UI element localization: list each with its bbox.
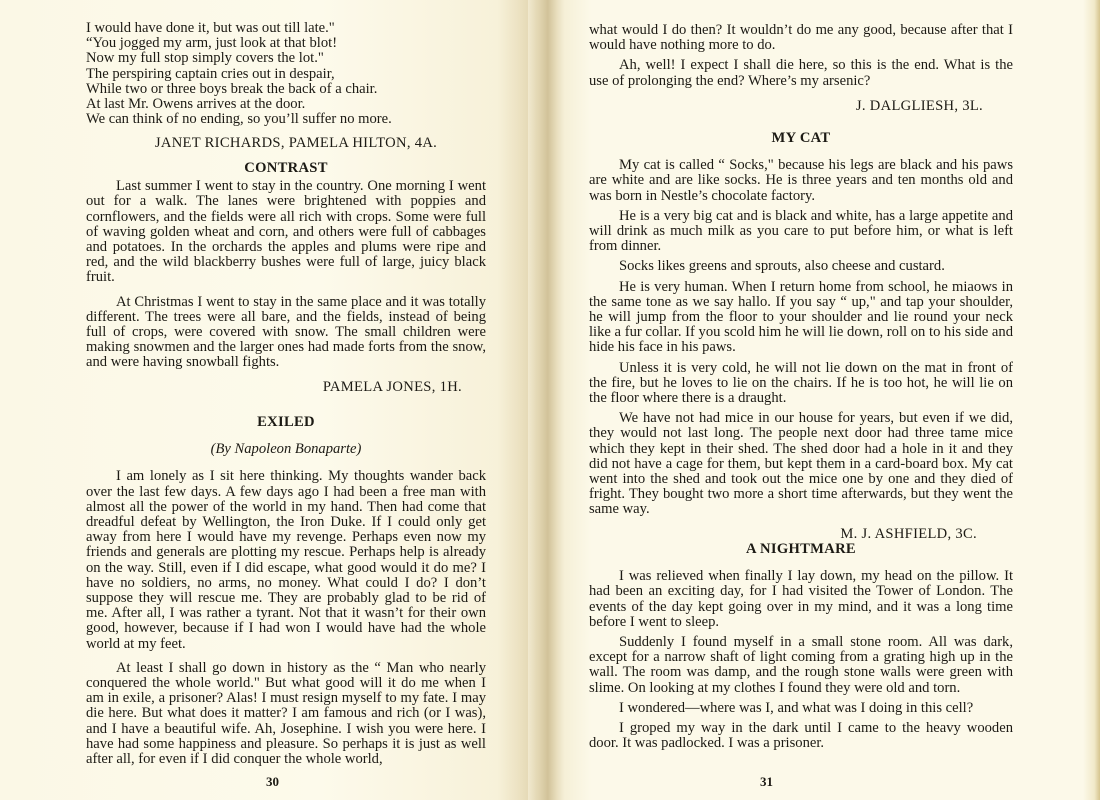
paragraph: Suddenly I found myself in a small stone… bbox=[589, 635, 1013, 696]
paragraph: He is very human. When I return home fro… bbox=[589, 280, 1013, 356]
verse-line: I would have done it, but was out till l… bbox=[86, 21, 486, 36]
article-contrast: CONTRAST Last summer I went to stay in t… bbox=[86, 161, 486, 395]
article-author: J. DALGLIESH, 3L. bbox=[589, 99, 1013, 114]
article-author: M. J. ASHFIELD, 3C. bbox=[589, 527, 1013, 542]
page-number: 31 bbox=[760, 774, 773, 790]
right-page: what would I do then? It wouldn’t do me … bbox=[535, 0, 1100, 800]
paragraph: Socks likes greens and sprouts, also che… bbox=[589, 259, 1013, 274]
article-title: A NIGHTMARE bbox=[589, 542, 1013, 557]
paragraph: Unless it is very cold, he will not lie … bbox=[589, 361, 1013, 407]
paragraph: We have not had mice in our house for ye… bbox=[589, 411, 1013, 517]
article-title: CONTRAST bbox=[86, 161, 486, 176]
poem-ending: I would have done it, but was out till l… bbox=[86, 21, 486, 152]
article-my-cat: MY CAT My cat is called “ Socks," becaus… bbox=[589, 131, 1013, 542]
paragraph: I wondered—where was I, and what was I d… bbox=[589, 701, 1013, 716]
verse-line: At last Mr. Owens arrives at the door. bbox=[86, 97, 486, 112]
article-title: EXILED bbox=[86, 415, 486, 430]
book-spread: I would have done it, but was out till l… bbox=[0, 0, 1100, 800]
paragraph: Last summer I went to stay in the countr… bbox=[86, 179, 486, 285]
paragraph: I groped my way in the dark until I came… bbox=[589, 721, 1013, 751]
paragraph: At Christmas I went to stay in the same … bbox=[86, 295, 486, 371]
paragraph: what would I do then? It wouldn’t do me … bbox=[589, 23, 1013, 53]
verse-line: While two or three boys break the back o… bbox=[86, 82, 486, 97]
paragraph: He is a very big cat and is black and wh… bbox=[589, 209, 1013, 255]
article-title: MY CAT bbox=[589, 131, 1013, 146]
article-nightmare: A NIGHTMARE I was relieved when finally … bbox=[589, 542, 1013, 751]
verse-line: “You jogged my arm, just look at that bl… bbox=[86, 36, 486, 51]
article-exiled: EXILED (By Napoleon Bonaparte) I am lone… bbox=[86, 415, 486, 767]
paragraph: My cat is called “ Socks," because his l… bbox=[589, 158, 1013, 204]
page-number: 30 bbox=[266, 774, 279, 790]
verse-line: We can think of no ending, so you’ll suf… bbox=[86, 112, 486, 127]
paragraph: Ah, well! I expect I shall die here, so … bbox=[589, 58, 1013, 88]
verse-line: Now my full stop simply covers the lot." bbox=[86, 51, 486, 66]
poem-verse: I would have done it, but was out till l… bbox=[86, 21, 486, 127]
verse-line: The perspiring captain cries out in desp… bbox=[86, 67, 486, 82]
paragraph: I was relieved when finally I lay down, … bbox=[589, 569, 1013, 630]
article-exiled-continued: what would I do then? It wouldn’t do me … bbox=[589, 23, 1013, 114]
article-author: PAMELA JONES, 1H. bbox=[86, 380, 486, 395]
book-gutter bbox=[528, 0, 564, 800]
paragraph: At least I shall go down in history as t… bbox=[86, 661, 486, 767]
poem-author: JANET RICHARDS, PAMELA HILTON, 4A. bbox=[86, 136, 486, 151]
left-page: I would have done it, but was out till l… bbox=[0, 0, 535, 800]
paragraph: I am lonely as I sit here thinking. My t… bbox=[86, 469, 486, 651]
article-byline: (By Napoleon Bonaparte) bbox=[86, 442, 486, 457]
